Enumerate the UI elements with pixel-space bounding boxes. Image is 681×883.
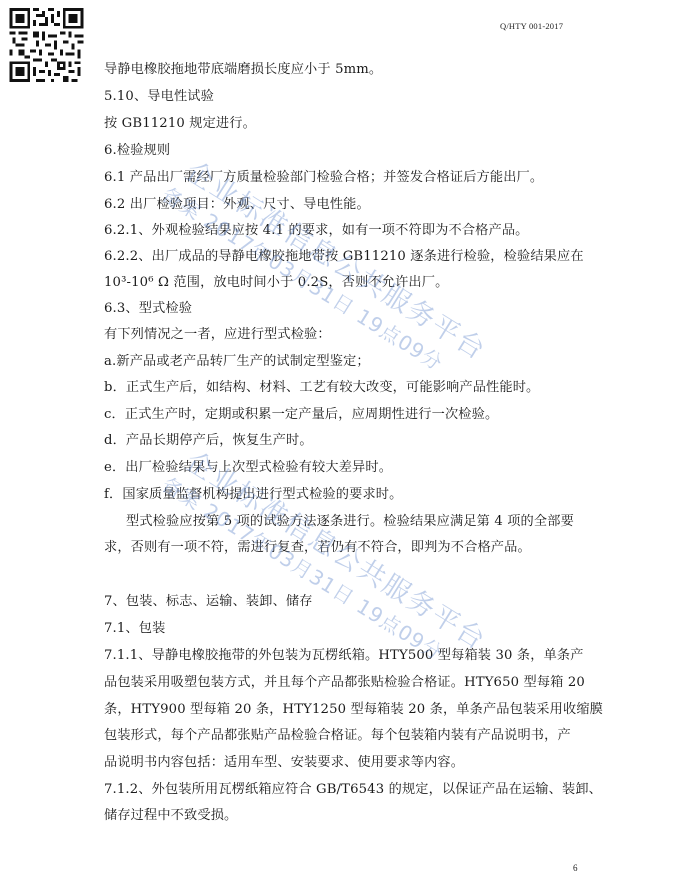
text-line-content: 品包装采用吸塑包装方式，并且每个产品都张贴检验合格证。HTY650 型每箱 20 (104, 675, 585, 690)
text-line: d．产品长期停产后，恢复生产时。 (104, 433, 313, 449)
text-line: 条，HTY900 型每箱 20 条，HTY1250 型每箱装 20 条，单条产品… (104, 702, 603, 718)
text-line-content: 5.10、导电性试验 (104, 89, 214, 104)
text-line: 7.1.2、外包装所用瓦楞纸箱应符合 GB/T6543 的规定，以保证产品在运输… (104, 782, 602, 798)
text-line: 品包装采用吸塑包装方式，并且每个产品都张贴检验合格证。HTY650 型每箱 20 (104, 675, 585, 691)
text-line-content: e．出厂检验结果与上次型式检验有较大差异时。 (104, 460, 392, 475)
text-line-content: Ω 范围，放电时间小于 0.2S，否则不允许出厂。 (158, 275, 448, 290)
resistance-range: 10³-10⁶ (104, 275, 158, 290)
text-line-content: 6.2.1、外观检验结果应按 4.1 的要求，如有一项不符即为不合格产品。 (104, 223, 529, 238)
text-line: 7.1.1、导静电橡胶拖带的外包装为瓦楞纸箱。HTY500 型每箱装 30 条，… (104, 648, 584, 664)
text-line: 包装形式，每个产品都张贴产品检验合格证。每个包装箱内装有产品说明书，产 (104, 728, 571, 744)
text-line-content: 6.1 产品出厂需经厂方质量检验部门检验合格；并签发合格证后方能出厂。 (104, 170, 543, 185)
text-line-content: d．产品长期停产后，恢复生产时。 (104, 433, 313, 448)
text-line-content: 导静电橡胶拖地带底端磨损长度应小于 5mm。 (104, 62, 382, 77)
text-line-content: 品说明书内容包括：适用车型、安装要求、使用要求等内容。 (104, 755, 464, 770)
document-code: Q/HTY 001-2017 (500, 21, 563, 31)
text-line: 6.1 产品出厂需经厂方质量检验部门检验合格；并签发合格证后方能出厂。 (104, 170, 543, 186)
text-line: 求，否则有一项不符，需进行复查，若仍有不符合，即判为不合格产品。 (104, 540, 531, 556)
text-line: 储存过程中不致受损。 (104, 808, 237, 824)
text-line: e．出厂检验结果与上次型式检验有较大差异时。 (104, 460, 392, 476)
text-line: 品说明书内容包括：适用车型、安装要求、使用要求等内容。 (104, 755, 464, 771)
text-line-content: 7.1.2、外包装所用瓦楞纸箱应符合 GB/T6543 的规定，以保证产品在运输… (104, 782, 602, 797)
text-line-content: b．正式生产后，如结构、材料、工艺有较大改变，可能影响产品性能时。 (104, 380, 539, 395)
text-line-content: 6.检验规则 (104, 143, 170, 158)
text-line: 导静电橡胶拖地带底端磨损长度应小于 5mm。 (104, 62, 382, 78)
text-line: 按 GB11210 规定进行。 (104, 116, 256, 132)
text-line: 10³-10⁶ Ω 范围，放电时间小于 0.2S，否则不允许出厂。 (104, 275, 448, 291)
text-line: b．正式生产后，如结构、材料、工艺有较大改变，可能影响产品性能时。 (104, 380, 539, 396)
text-line-content: 求，否则有一项不符，需进行复查，若仍有不符合，即判为不合格产品。 (104, 540, 531, 555)
text-line: f．国家质量监督机构提出进行型式检验的要求时。 (104, 487, 402, 503)
text-line-content: 按 GB11210 规定进行。 (104, 116, 256, 131)
watermark-lower: 企业标准信息公共服务平台 备案 2017年03月31日 19点09分 (164, 440, 495, 682)
text-line: a.新产品或老产品转厂生产的试制定型鉴定； (104, 354, 370, 370)
text-line-content: 储存过程中不致受损。 (104, 808, 237, 823)
text-line: 型式检验应按第 5 项的试验方法逐条进行。检验结果应满足第 4 项的全部要 (126, 514, 574, 530)
text-line-content: 6.2.2、出厂成品的导静电橡胶拖地带按 GB11210 逐条进行检验，检验结果… (104, 249, 584, 264)
text-line-content: 6.2 出厂检验项目：外观、尺寸、导电性能。 (104, 197, 370, 212)
text-line: 7、包装、标志、运输、装卸、储存 (104, 594, 313, 610)
text-line-content: 7、包装、标志、运输、装卸、储存 (104, 594, 313, 609)
text-line: 7.1、包装 (104, 621, 165, 637)
text-line: 6.检验规则 (104, 143, 170, 159)
page-number: 6 (573, 863, 578, 873)
text-line-content: f．国家质量监督机构提出进行型式检验的要求时。 (104, 487, 402, 502)
text-line-content: 有下列情况之一者，应进行型式检验： (104, 327, 331, 342)
text-line-content: 条，HTY900 型每箱 20 条，HTY1250 型每箱装 20 条，单条产品… (104, 702, 603, 717)
text-line: 6.3、型式检验 (104, 301, 192, 317)
text-line: 6.2.1、外观检验结果应按 4.1 的要求，如有一项不符即为不合格产品。 (104, 223, 529, 239)
text-line-content: 7.1、包装 (104, 621, 165, 636)
text-line: c．正式生产时，定期或积累一定产量后，应周期性进行一次检验。 (104, 407, 498, 423)
text-line-content: 包装形式，每个产品都张贴产品检验合格证。每个包装箱内装有产品说明书，产 (104, 728, 571, 743)
text-line: 6.2 出厂检验项目：外观、尺寸、导电性能。 (104, 197, 370, 213)
qr-code-icon (9, 8, 84, 82)
text-line: 6.2.2、出厂成品的导静电橡胶拖地带按 GB11210 逐条进行检验，检验结果… (104, 249, 584, 265)
text-line: 有下列情况之一者，应进行型式检验： (104, 327, 331, 343)
text-line: 5.10、导电性试验 (104, 89, 214, 105)
text-line-content: a.新产品或老产品转厂生产的试制定型鉴定； (104, 354, 370, 369)
text-line-content: c．正式生产时，定期或积累一定产量后，应周期性进行一次检验。 (104, 407, 498, 422)
text-line-content: 7.1.1、导静电橡胶拖带的外包装为瓦楞纸箱。HTY500 型每箱装 30 条，… (104, 648, 584, 663)
text-line-content: 型式检验应按第 5 项的试验方法逐条进行。检验结果应满足第 4 项的全部要 (126, 514, 574, 529)
text-line-content: 6.3、型式检验 (104, 301, 192, 316)
